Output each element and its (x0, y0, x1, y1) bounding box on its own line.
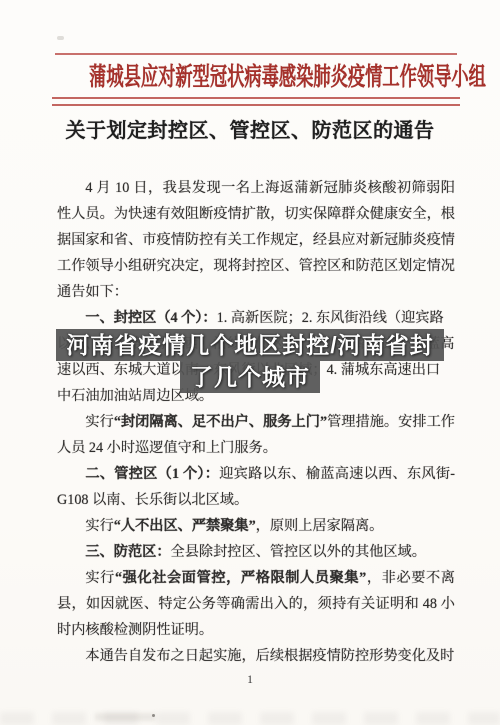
next-page-bleed-artifact (0, 712, 500, 725)
paragraph: 三、防范区：全县除封控区、管控区以外的其他区域。 (57, 539, 455, 565)
subtitle-overlay: 河南省疫情几个地区封控/河南省封了几个城市 (0, 329, 500, 393)
subtitle-line: 河南省疫情几个地区封控/河南省封 (0, 329, 500, 361)
paragraph: 实行“强化社会面管控，严格限制人员聚集”，非必要不离县，如因就医、特定公务等确需… (57, 565, 455, 643)
body-text: 全县除封控区、管控区以外的其他区域。 (171, 544, 426, 560)
emphasis-text: 三、防范区： (85, 544, 170, 560)
subtitle-text: 河南省疫情几个地区封控/河南省封 (56, 329, 443, 361)
body-text: ，原则上居家隔离。 (256, 518, 384, 534)
body-text: 4 月 10 日，我县发现一名上海返蒲新冠肺炎核酸初筛弱阳性人员。为快速有效阻断… (57, 180, 455, 300)
document-title: 关于划定封控区、管控区、防范区的通告 (0, 114, 500, 143)
emphasis-text: 一、封控区（4 个）： (85, 310, 216, 326)
letterhead: 蒲城县应对新型冠状病毒感染肺炎疫情工作领导小组 (0, 57, 500, 97)
subtitle-line: 了几个城市 (0, 361, 500, 393)
letterhead-top-rule (55, 53, 457, 55)
photo-speck-artifact (57, 36, 64, 40)
body-text: 本通告自发布之日起实施，后续根据疫情防控形势变化及时 (85, 648, 454, 664)
document-photo: 蒲城县应对新型冠状病毒感染肺炎疫情工作领导小组 关于划定封控区、管控区、防范区的… (0, 0, 500, 725)
emphasis-text: “强化社会面管控，严格限制人员聚集” (115, 570, 366, 586)
paragraph: 本通告自发布之日起实施，后续根据疫情防控形势变化及时 (57, 643, 455, 669)
page-number: 1 (0, 672, 500, 687)
body-text: 实行 (85, 570, 115, 586)
body-text: 实行 (85, 414, 113, 430)
letterhead-double-rule (52, 97, 460, 106)
paragraph-line: 一、封控区（4 个）：1. 高新医院；2. 东风街沿线（迎宾路 (57, 305, 455, 331)
org-title: 蒲城县应对新型冠状病毒感染肺炎疫情工作领导小组 (89, 57, 486, 93)
photo-smudge-artifact (95, 713, 155, 721)
document-body: 4 月 10 日，我县发现一名上海返蒲新冠肺炎核酸初筛弱阳性人员。为快速有效阻断… (57, 175, 455, 669)
paragraph: 实行“封闭隔离、足不出户、服务上门”管理措施。安排工作人员 24 小时巡逻值守和… (57, 409, 455, 461)
emphasis-text: “封闭隔离、足不出户、服务上门” (114, 414, 327, 430)
paragraph: 二、管控区（1 个）：迎宾路以东、榆蓝高速以西、东风街-G108 以南、长乐街以… (57, 461, 455, 513)
paragraph: 实行“人不出区、严禁聚集”，原则上居家隔离。 (57, 513, 455, 539)
paragraph: 4 月 10 日，我县发现一名上海返蒲新冠肺炎核酸初筛弱阳性人员。为快速有效阻断… (57, 175, 455, 305)
emphasis-text: “人不出区、严禁聚集” (114, 518, 256, 534)
body-text: 实行 (85, 518, 113, 534)
photo-dot-artifact (152, 714, 155, 717)
subtitle-text: 了几个城市 (180, 361, 320, 393)
body-text: 1. 高新医院；2. 东风街沿线（迎宾路 (217, 310, 444, 326)
emphasis-text: 二、管控区（1 个）： (85, 466, 219, 482)
